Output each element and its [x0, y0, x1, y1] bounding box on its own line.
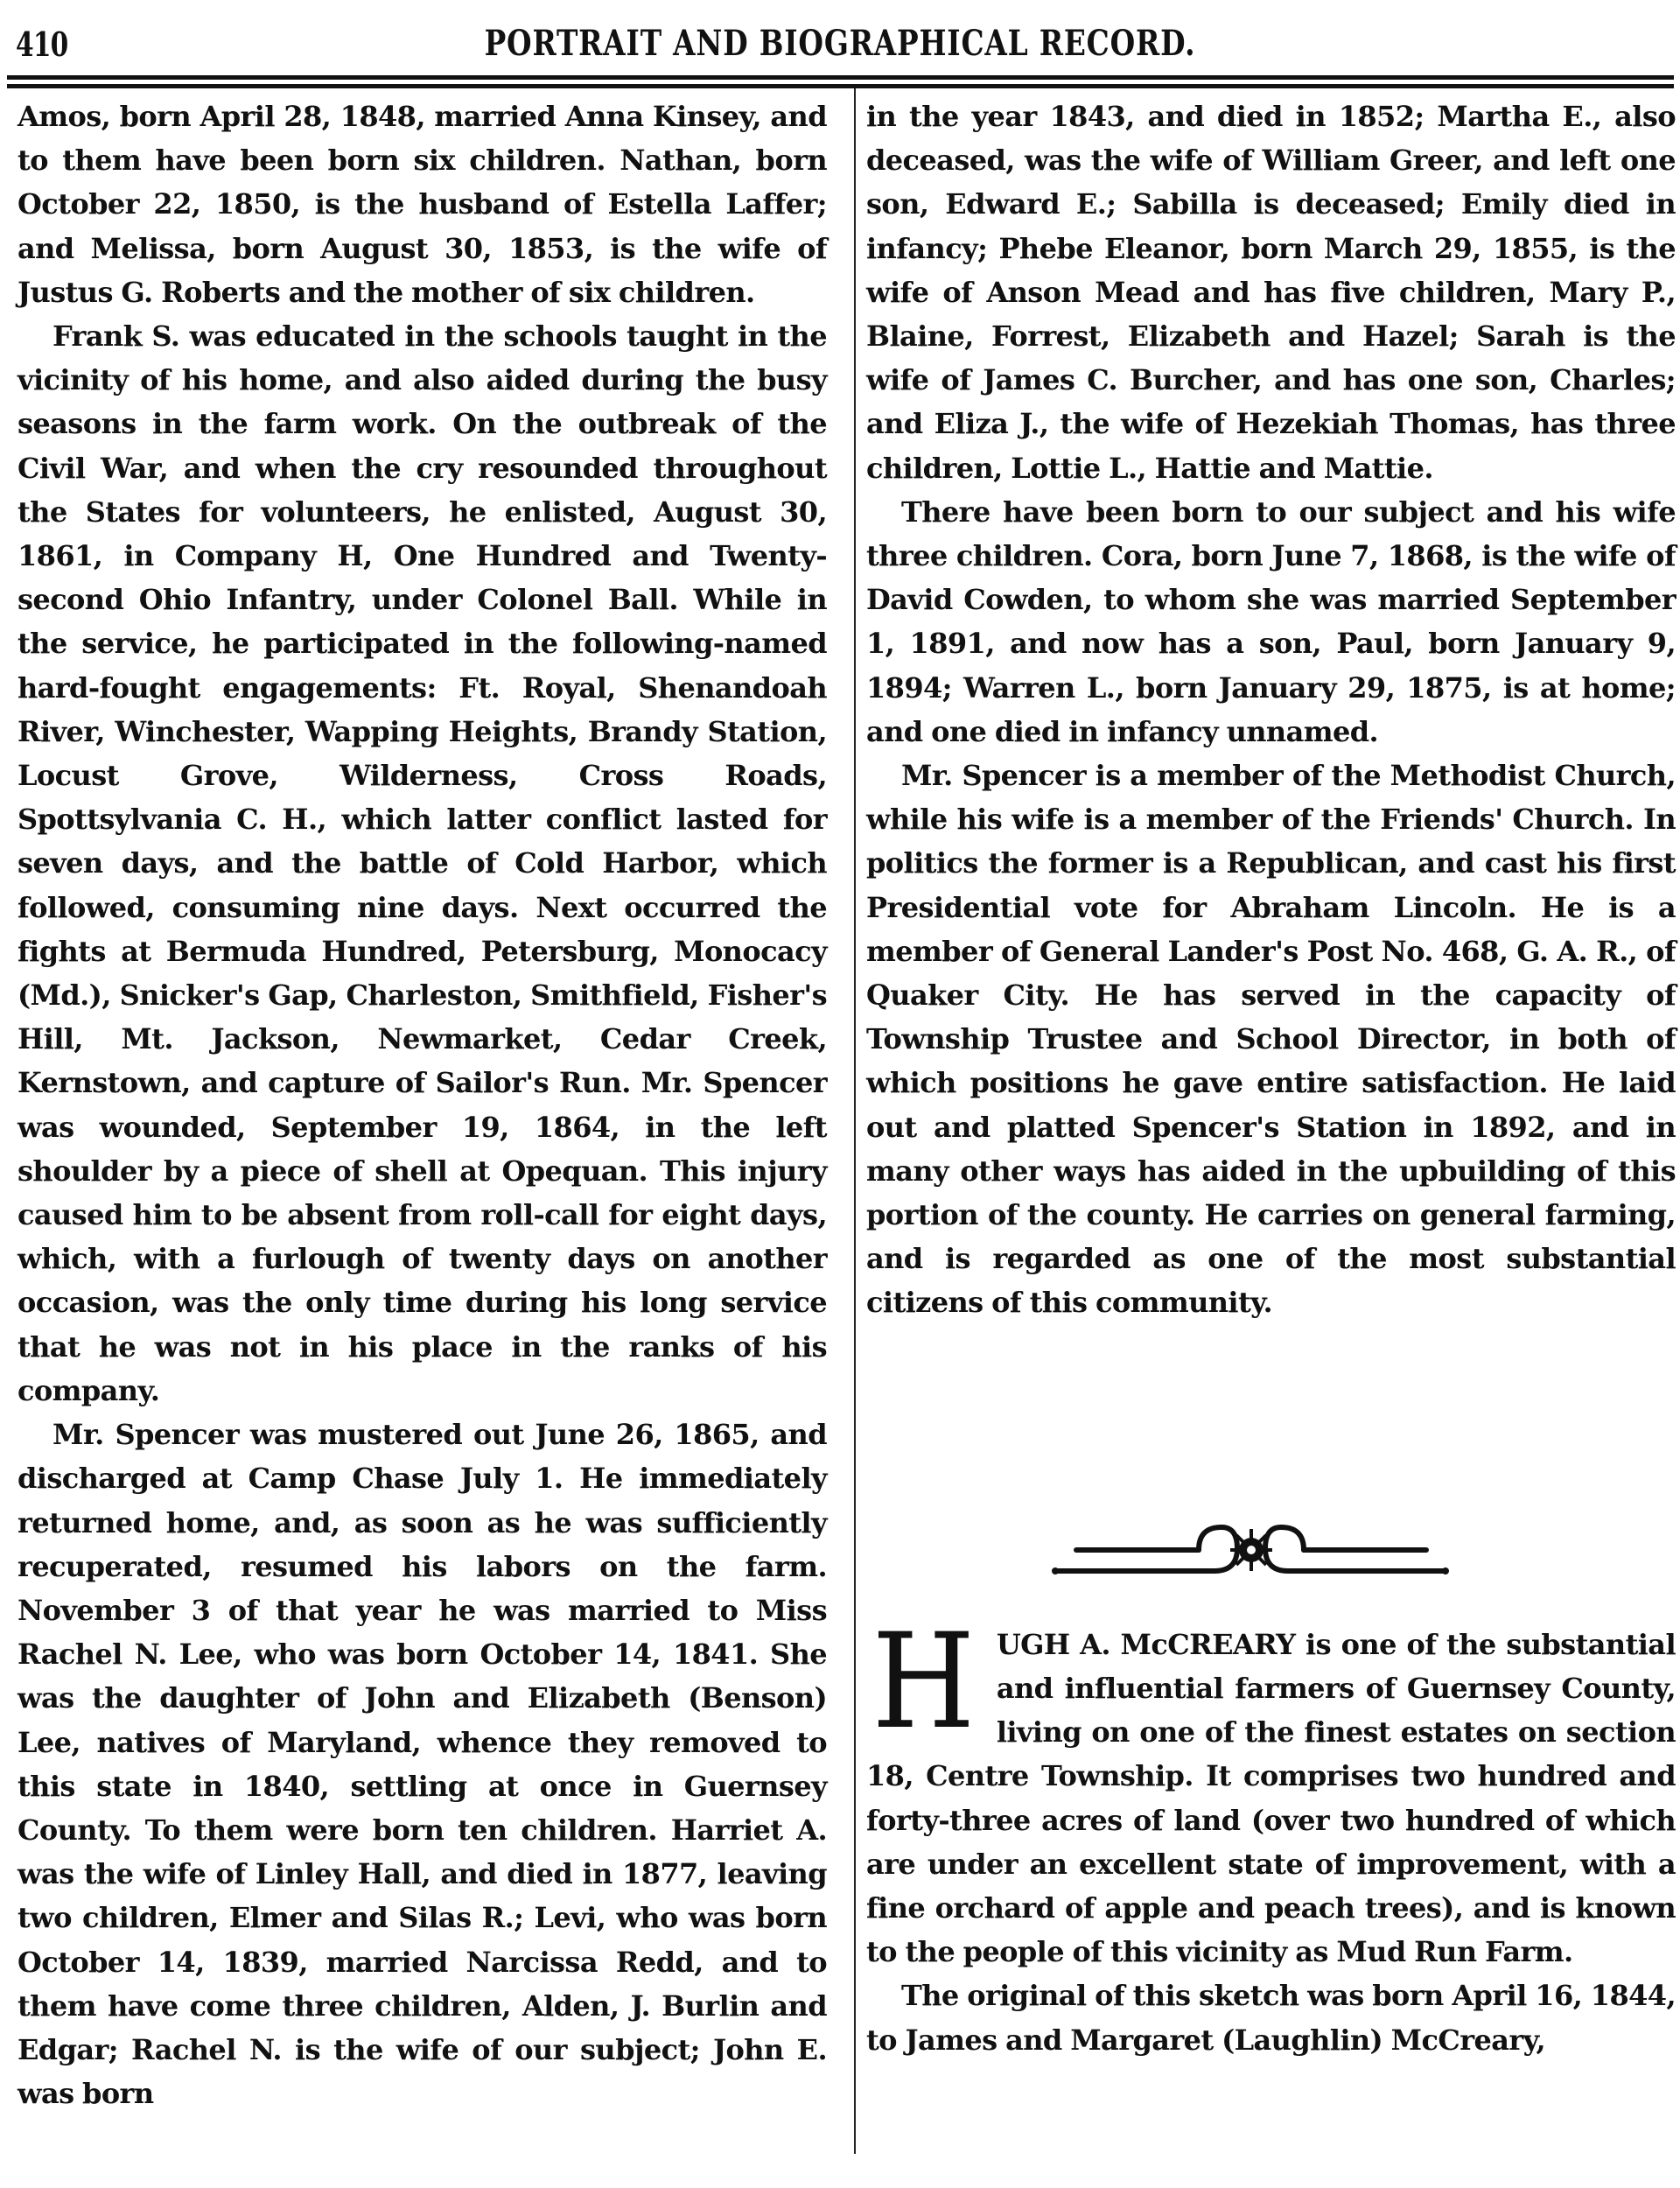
page-header: 410 PORTRAIT AND BIOGRAPHICAL RECORD. — [0, 0, 1680, 79]
column-divider — [854, 88, 856, 2154]
paragraph: Mr. Spencer was mustered out June 26, 18… — [17, 1413, 827, 2115]
ornamental-flourish-icon — [1050, 1518, 1452, 1580]
paragraph: There have been born to our subject and … — [866, 490, 1676, 754]
drop-cap: H — [872, 1630, 976, 1745]
paragraph: The original of this sketch was born Apr… — [866, 1974, 1676, 2061]
header-rule-bottom — [7, 84, 1674, 88]
left-column: Amos, born April 28, 1848, married Anna … — [17, 95, 827, 2115]
paragraph: Amos, born April 28, 1848, married Anna … — [17, 95, 827, 314]
header-rule-top — [7, 75, 1674, 80]
paragraph: in the year 1843, and died in 1852; Mart… — [866, 95, 1676, 490]
paragraph: Frank S. was educated in the schools tau… — [17, 314, 827, 1413]
paragraph: Mr. Spencer is a member of the Methodist… — [866, 754, 1676, 1325]
page-number: 410 — [16, 25, 68, 64]
biography-entry: H UGH A. McCREARY is one of the substant… — [866, 1623, 1676, 2062]
paragraph: UGH A. McCREARY is one of the substantia… — [866, 1623, 1676, 1974]
right-column: in the year 1843, and died in 1852; Mart… — [866, 95, 1676, 2062]
running-title: PORTRAIT AND BIOGRAPHICAL RECORD. — [151, 23, 1529, 64]
